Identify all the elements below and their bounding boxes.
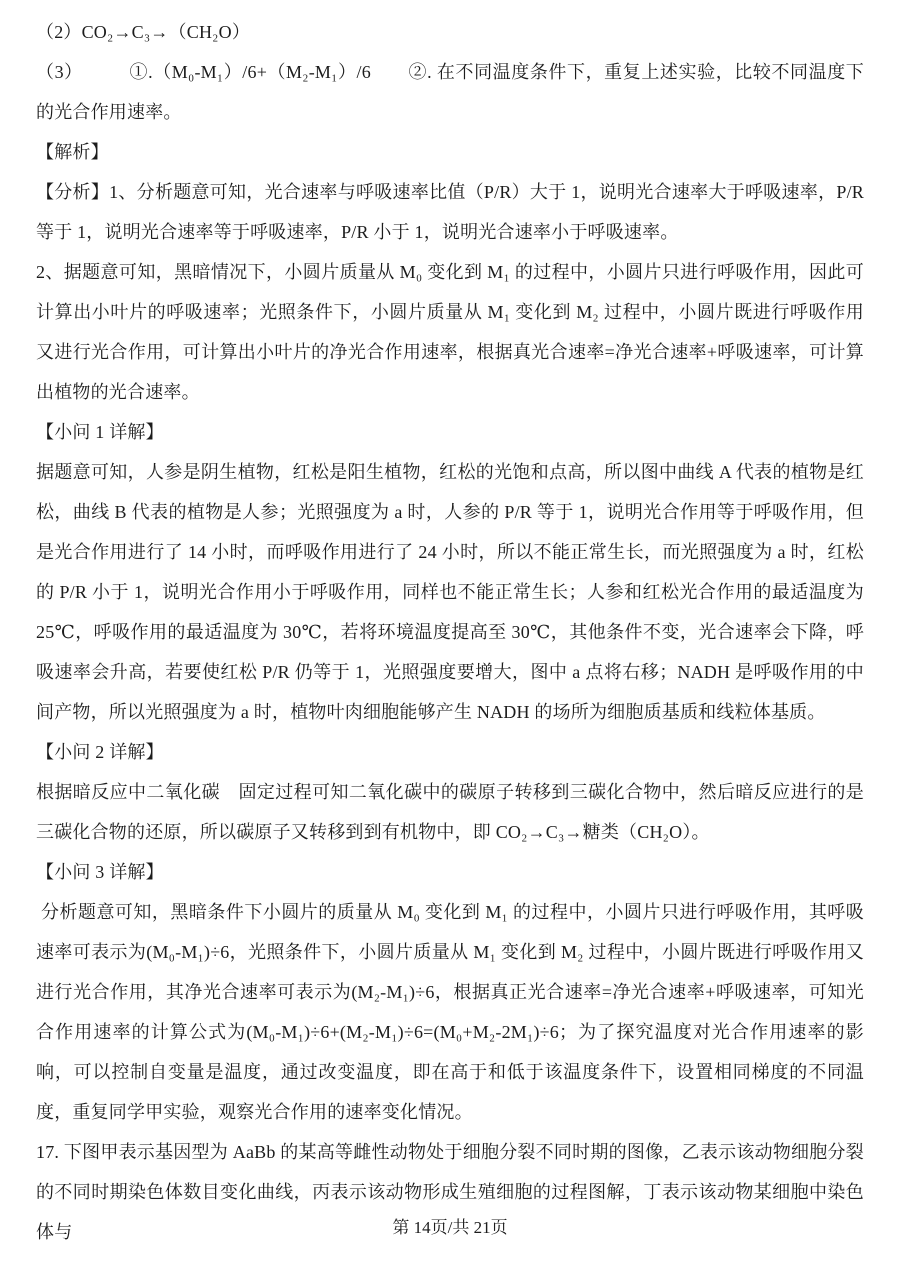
- paragraph-subquestion-2-detail: 根据暗反应中二氧化碳 固定过程可知二氧化碳中的碳原子转移到三碳化合物中，然后暗反…: [36, 772, 864, 852]
- page-number-footer: 第 14页/共 21页: [0, 1217, 900, 1239]
- answer-part-2: （2）CO₂→C₃→（CH₂O）: [36, 12, 864, 52]
- paragraph-subquestion-3-detail: 分析题意可知，黑暗条件下小圆片的质量从 M₀ 变化到 M₁ 的过程中，小圆片只进…: [36, 892, 864, 1132]
- document-page: （2）CO₂→C₃→（CH₂O） （3） ①.（M₀-M₁）/6+（M₂-M₁）…: [0, 0, 900, 1263]
- heading-subquestion-1: 【小问 1 详解】: [36, 412, 864, 452]
- answer-part-3: （3） ①.（M₀-M₁）/6+（M₂-M₁）/6 ②. 在不同温度条件下，重复…: [36, 52, 864, 132]
- heading-subquestion-2: 【小问 2 详解】: [36, 732, 864, 772]
- paragraph-subquestion-1-detail: 据题意可知，人参是阴生植物，红松是阳生植物，红松的光饱和点高，所以图中曲线 A …: [36, 452, 864, 732]
- heading-subquestion-3: 【小问 3 详解】: [36, 852, 864, 892]
- paragraph-fenxi-1: 【分析】1、分析题意可知，光合速率与呼吸速率比值（P/R）大于 1，说明光合速率…: [36, 172, 864, 252]
- paragraph-fenxi-2: 2、据题意可知，黑暗情况下，小圆片质量从 M₀ 变化到 M₁ 的过程中，小圆片只…: [36, 252, 864, 412]
- heading-jiexi: 【解析】: [36, 132, 864, 172]
